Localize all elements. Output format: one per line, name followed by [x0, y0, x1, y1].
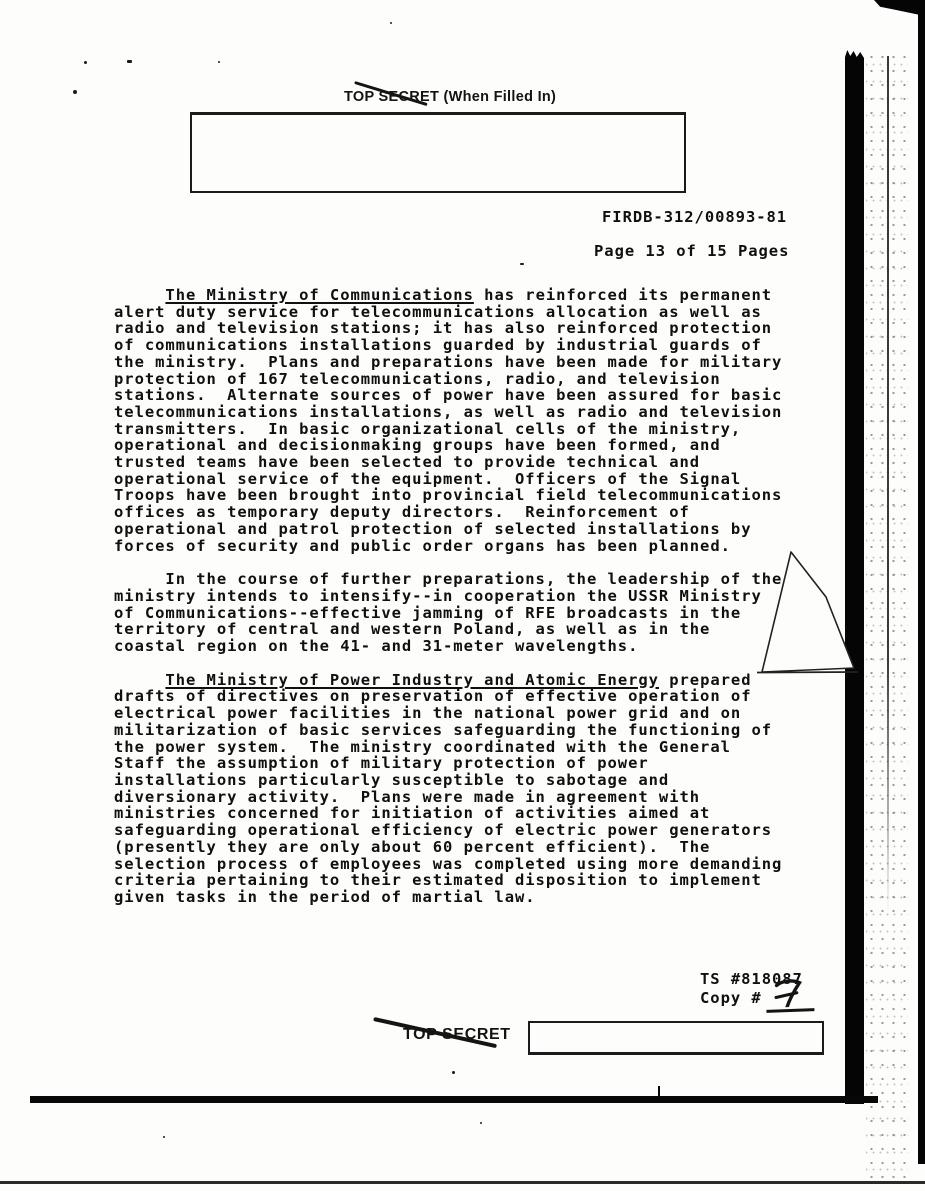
underlined-heading: The Ministry of Power Industry and Atomi…	[165, 671, 659, 689]
dust-speck	[73, 90, 77, 94]
paragraph-line: criteria pertaining to their estimated d…	[114, 872, 814, 889]
paragraph-line: coastal region on the 41- and 31-meter w…	[114, 638, 814, 655]
paragraph-line: diversionary activity. Plans were made i…	[114, 789, 814, 806]
paragraph-line: telecommunications installations, as wel…	[114, 404, 814, 421]
page-edge-line	[887, 56, 889, 916]
paragraph-line: of Communications--effective jamming of …	[114, 605, 814, 622]
paragraph-line: the power system. The ministry coordinat…	[114, 739, 814, 756]
paragraph-line: radio and television stations; it has al…	[114, 320, 814, 337]
copy-number-label: Copy #	[700, 989, 762, 1008]
paragraph-line: In the course of further preparations, t…	[114, 571, 814, 588]
paragraph-line: installations particularly susceptible t…	[114, 772, 814, 789]
paragraph: The Ministry of Power Industry and Atomi…	[114, 672, 814, 906]
ts-copy-block: TS #818087 Copy #	[700, 970, 814, 1012]
dust-speck	[218, 61, 220, 63]
paragraph-line: alert duty service for telecommunication…	[114, 304, 814, 321]
paragraph: In the course of further preparations, t…	[114, 571, 814, 655]
scan-right-edge	[918, 4, 925, 1164]
paragraph-line: offices as temporary deputy directors. R…	[114, 504, 814, 521]
dust-speck	[390, 22, 392, 24]
fold-corner	[750, 545, 870, 680]
body-text: The Ministry of Communications has reinf…	[114, 287, 814, 923]
doc-number: FIRDB-312/00893-81	[602, 208, 787, 226]
scan-corner-wedge	[874, 0, 925, 16]
bottom-rule	[30, 1096, 878, 1103]
paragraph-line: stations. Alternate sources of power hav…	[114, 387, 814, 404]
dust-speck	[163, 1136, 165, 1138]
paragraph-line: transmitters. In basic organizational ce…	[114, 421, 814, 438]
dust-speck	[127, 60, 132, 63]
dust-speck	[452, 1071, 455, 1074]
paragraph-line: electrical power facilities in the natio…	[114, 705, 814, 722]
dust-speck	[520, 263, 524, 265]
paragraph-line: trusted teams have been selected to prov…	[114, 454, 814, 471]
paragraph-line: The Ministry of Communications has reinf…	[114, 287, 814, 304]
paragraph-line: Staff the assumption of military protect…	[114, 755, 814, 772]
dust-speck	[480, 1122, 482, 1124]
paragraph-line: operational and patrol protection of sel…	[114, 521, 814, 538]
paragraph-line: operational and decisionmaking groups ha…	[114, 437, 814, 454]
paragraph-line: the ministry. Plans and preparations hav…	[114, 354, 814, 371]
paragraph-line: safeguarding operational efficiency of e…	[114, 822, 814, 839]
paragraph: The Ministry of Communications has reinf…	[114, 287, 814, 554]
form-box-top	[190, 112, 686, 193]
paragraph-line: drafts of directives on preservation of …	[114, 688, 814, 705]
paragraph-line: selection process of employees was compl…	[114, 856, 814, 873]
paragraph-line: given tasks in the period of martial law…	[114, 889, 814, 906]
paragraph-line: ministries concerned for initiation of a…	[114, 805, 814, 822]
dust-speck	[84, 61, 87, 64]
bottom-rule-tick	[658, 1086, 660, 1097]
classification-header-text: TOP SECRET (When Filled In)	[344, 89, 556, 105]
paragraph-line: militarization of basic services safegua…	[114, 722, 814, 739]
paragraph-line: territory of central and western Poland,…	[114, 621, 814, 638]
page-bottom-edge	[0, 1181, 925, 1184]
document-page: TOP SECRET (When Filled In) FIRDB-312/00…	[0, 0, 925, 1191]
paragraph-line: forces of security and public order orga…	[114, 538, 814, 555]
paragraph-line: ministry intends to intensify--in cooper…	[114, 588, 814, 605]
paragraph-line: Troops have been brought into provincial…	[114, 487, 814, 504]
paragraph-line: (presently they are only about 60 percen…	[114, 839, 814, 856]
page-number: Page 13 of 15 Pages	[594, 242, 789, 260]
underlined-heading: The Ministry of Communications	[165, 286, 473, 304]
paragraph-line: protection of 167 telecommunications, ra…	[114, 371, 814, 388]
paragraph-line: of communications installations guarded …	[114, 337, 814, 354]
form-box-bottom	[528, 1021, 824, 1055]
paragraph-line: The Ministry of Power Industry and Atomi…	[114, 672, 814, 689]
copy-number-handwritten	[765, 982, 814, 1013]
paragraph-line: operational service of the equipment. Of…	[114, 471, 814, 488]
